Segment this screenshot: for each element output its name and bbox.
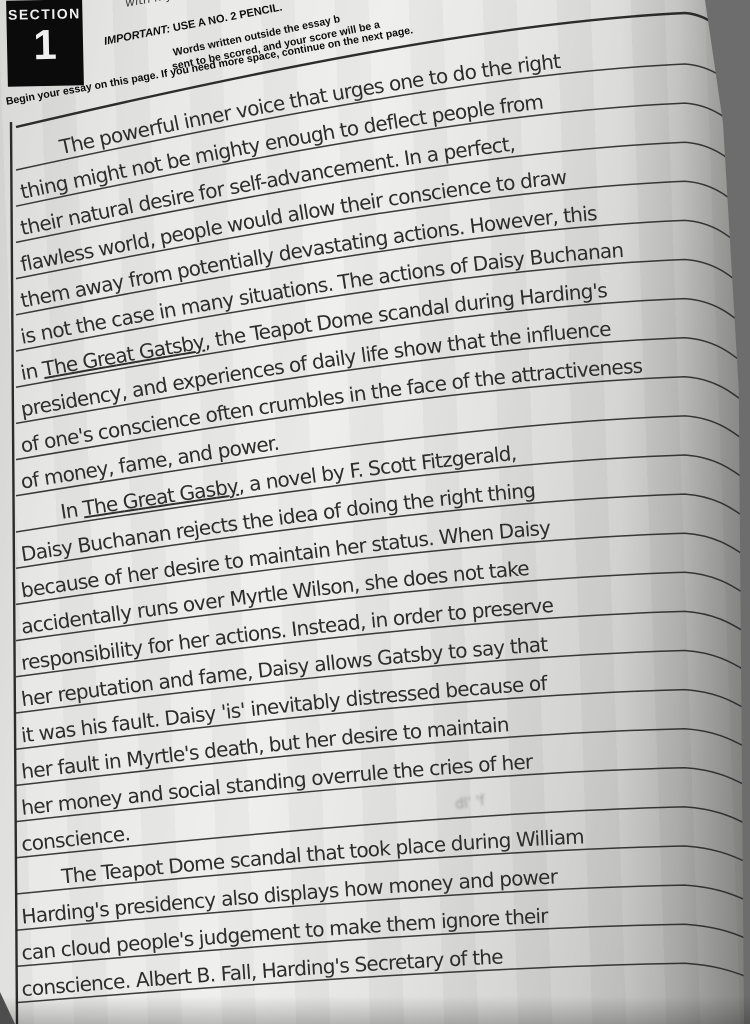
essay-box-left-border bbox=[11, 122, 17, 1024]
book-title-underlined: The Great Gasby bbox=[80, 474, 240, 521]
answer-sheet-page: SECTION 1 with my essay IMPORTANT: USE A… bbox=[0, 0, 750, 1024]
essay-lines-svg: The powerful inner voice that urges one … bbox=[0, 0, 750, 1024]
essay-box-top-border bbox=[16, 13, 746, 127]
essay-line-20: conscience. bbox=[20, 821, 131, 856]
essay-answer-sheet-photo: SECTION 1 with my essay IMPORTANT: USE A… bbox=[0, 0, 750, 1024]
